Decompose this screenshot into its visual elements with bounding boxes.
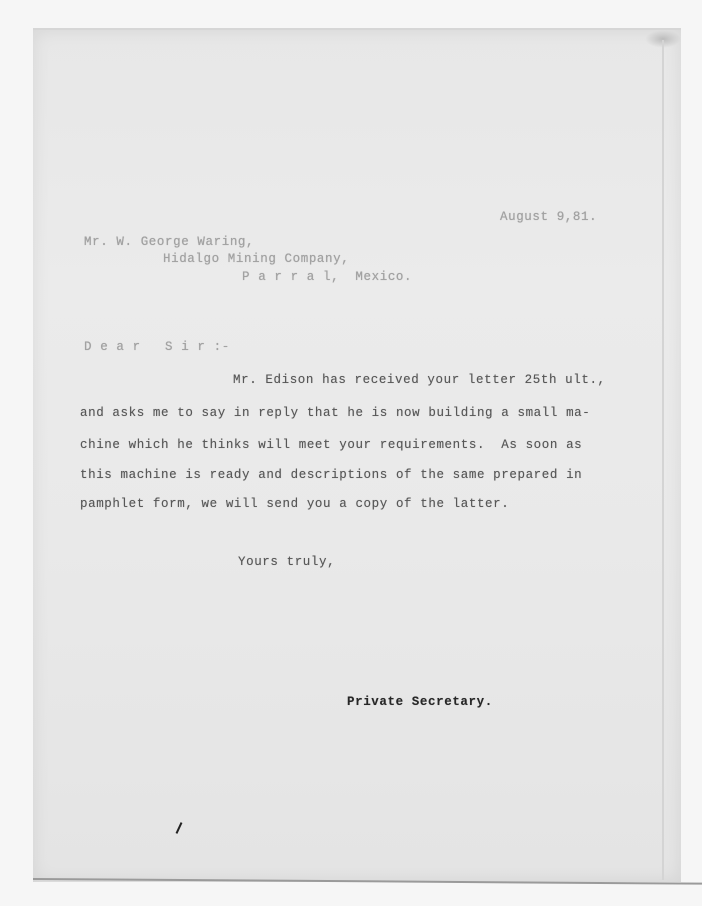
page-edge	[662, 40, 664, 880]
letter-page	[33, 28, 681, 882]
recipient-name: Mr. W. George Waring,	[84, 235, 254, 249]
salutation: D e a r S i r :-	[84, 340, 230, 354]
recipient-location: P a r r a l, Mexico.	[242, 270, 412, 284]
body-line: this machine is ready and descriptions o…	[80, 468, 582, 482]
body-line: Mr. Edison has received your letter 25th…	[233, 373, 606, 387]
body-line: pamphlet form, we will send you a copy o…	[80, 497, 509, 511]
letter-date: August 9,81.	[500, 210, 597, 224]
body-line: chine which he thinks will meet your req…	[80, 438, 582, 452]
closing: Yours truly,	[238, 555, 335, 569]
body-line: and asks me to say in reply that he is n…	[80, 406, 590, 420]
signature: Private Secretary.	[347, 695, 493, 709]
recipient-company: Hidalgo Mining Company,	[163, 252, 349, 266]
